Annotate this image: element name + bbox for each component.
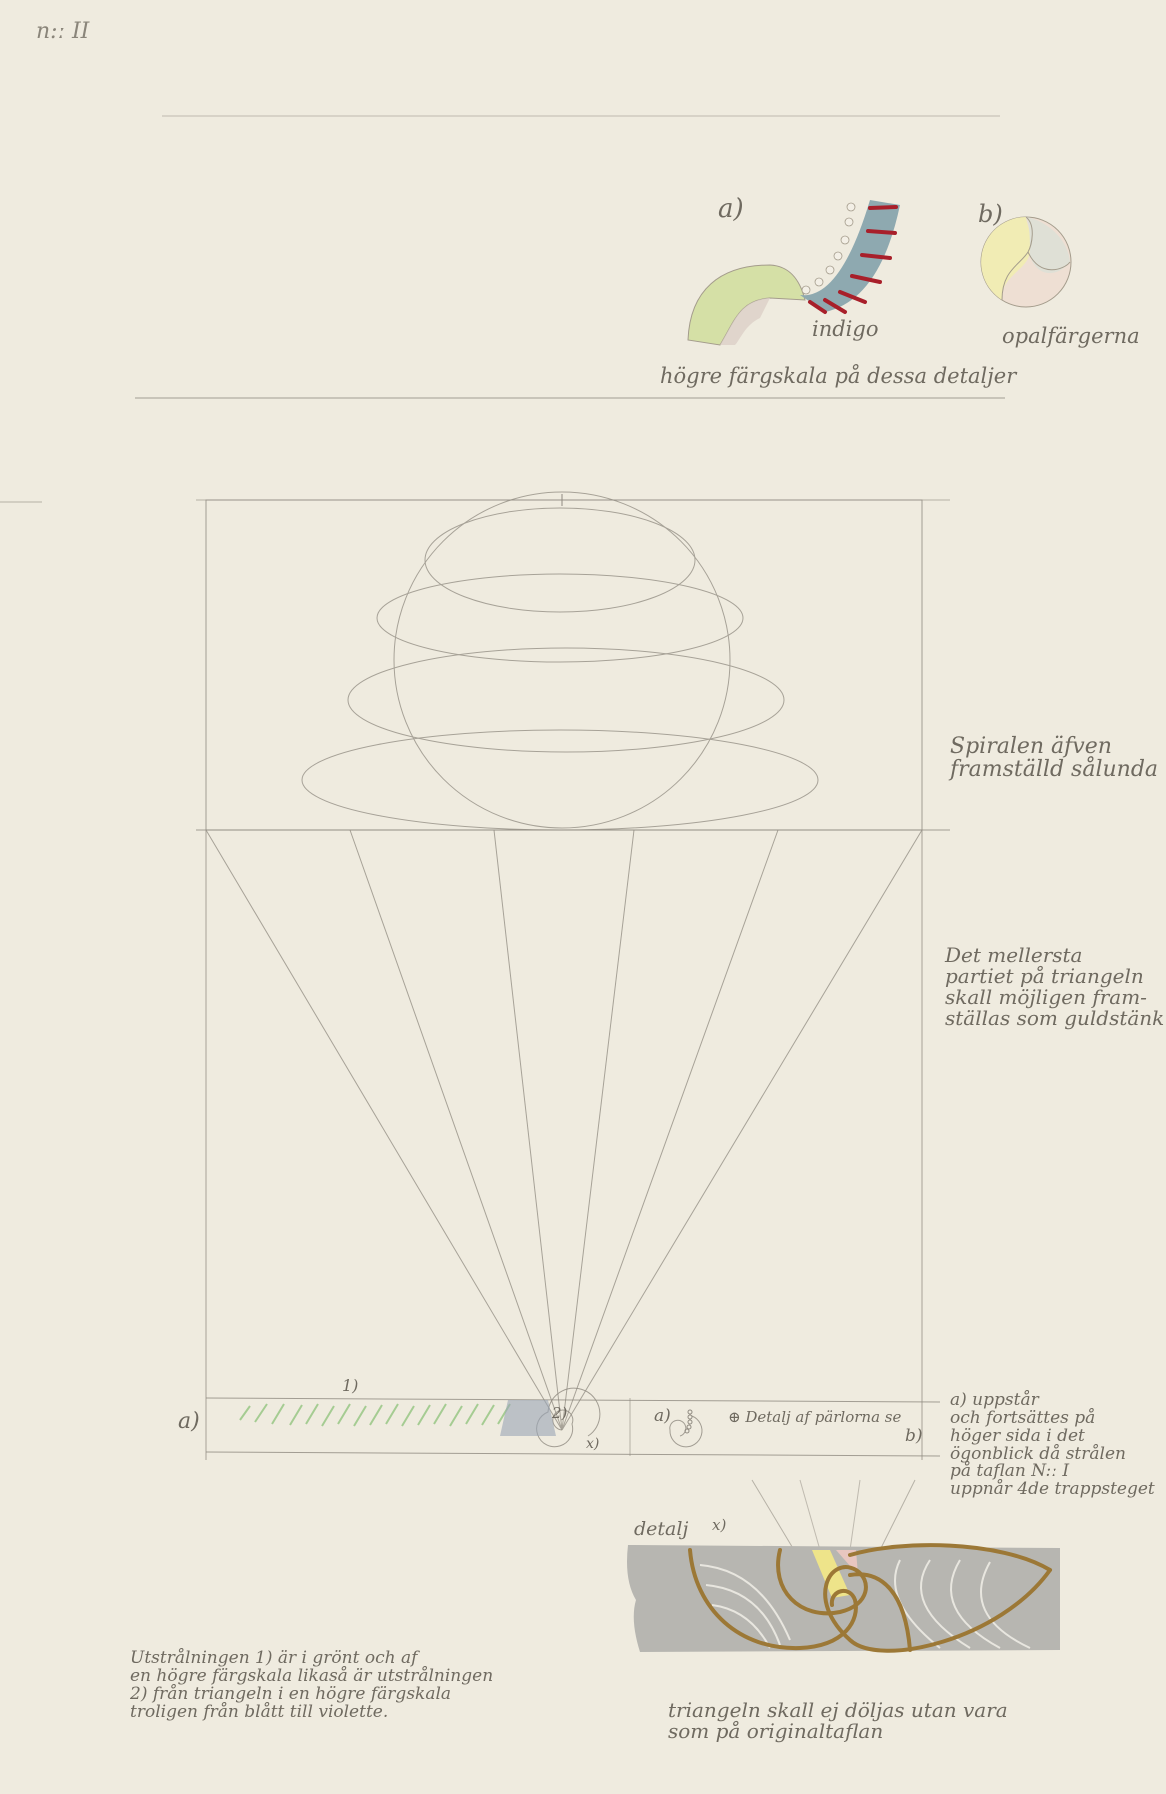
- strip-a-label: a): [178, 1410, 200, 1433]
- small-spiral-a-label: a): [654, 1408, 671, 1426]
- detail-b-label: b): [978, 202, 1003, 227]
- indigo-label: indigo: [812, 318, 879, 340]
- detail-b-opal-circle: [981, 217, 1071, 307]
- strip-bottom-line: [206, 1452, 940, 1456]
- strip-b-label: b): [905, 1428, 923, 1446]
- pencil-drawing: [0, 0, 1166, 1794]
- pearl-chain: [685, 1410, 692, 1433]
- detail-x-label: x): [712, 1518, 726, 1534]
- small-spiral: [670, 1416, 702, 1447]
- color-scale-caption: högre färgskala på dessa detaljer: [660, 365, 1016, 387]
- spiral-sphere-drawing: [302, 492, 818, 830]
- drawing-sheet: n:ː II a) b) indigo opalfärgerna högre f…: [0, 0, 1166, 1794]
- triangle-note: triangeln skall ej döljas utan vara som …: [668, 1700, 1008, 1742]
- radiation-note: Utstrålningen 1) är i grönt och af en hö…: [130, 1650, 493, 1721]
- radiation-2-label: 2): [552, 1406, 567, 1422]
- radiation-1-label: 1): [342, 1378, 358, 1395]
- opal-colors-label: opalfärgerna: [1002, 325, 1140, 347]
- detail-a-label: a): [718, 196, 744, 223]
- radiating-triangle-lines: [206, 830, 922, 1460]
- plate-number: n:ː II: [36, 20, 89, 43]
- detail-x-gold-spiral: [627, 1545, 1060, 1652]
- spiral-note: Spiralen äfven framställd sålunda: [950, 735, 1158, 781]
- origin-note: a) uppstår och fortsättes på höger sida …: [950, 1392, 1155, 1499]
- pearls-detail-note: ⊕ Detalj af pärlorna se: [728, 1410, 901, 1426]
- middle-part-note: Det mellersta partiet på triangeln skall…: [945, 945, 1164, 1029]
- blue-radiation-patch: [500, 1400, 556, 1436]
- upper-square-frame: [206, 500, 922, 830]
- origin-x-label: x): [586, 1437, 599, 1452]
- green-radiation-strokes: [240, 1404, 510, 1426]
- detail-label: detalj: [634, 1520, 688, 1540]
